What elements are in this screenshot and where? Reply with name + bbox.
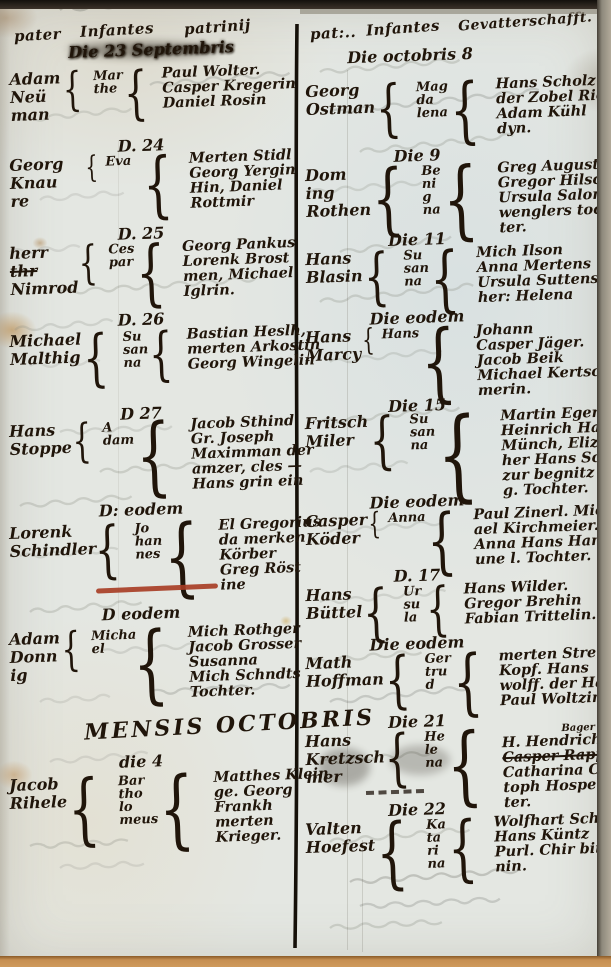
- godparents: Jacob SthindGr. JosephMaximman deramzer,…: [190, 412, 315, 491]
- child-name: Eva: [105, 152, 141, 168]
- godparents: Paul Zinerl. Michael Kirchmeier.Anna Han…: [473, 502, 611, 567]
- register-entry: HansStoppe{Adam{Jacob SthindGr. JosephMa…: [9, 413, 298, 500]
- brace-left: {: [384, 729, 412, 786]
- godparents: Merten StidlGeorg YerginHin, DanielRottm…: [189, 147, 297, 211]
- father-name: HansMarcy: [305, 327, 362, 365]
- book-edge-top: [0, 0, 611, 9]
- brace-right: {: [148, 327, 174, 380]
- child-name: Michael: [91, 627, 132, 656]
- brace-left: {: [67, 774, 102, 845]
- godparents: Greg AugustinGregor HilscherUrsula Salom…: [497, 156, 611, 236]
- godparents: merten StreKopf. Hanswolff. der HaasPaul…: [498, 644, 611, 708]
- right-register-column: pat:.. Infantes Gevatterschafft. Die oct…: [302, 0, 600, 967]
- register-entry: MathHoffman{Gertrud{merten StreKopf. Han…: [305, 645, 597, 720]
- child-name: Marthe: [93, 67, 124, 96]
- brace-left: {: [384, 651, 412, 708]
- father-name: HansStoppe: [9, 421, 72, 459]
- brace-right: {: [135, 240, 167, 306]
- child-name: Ursula: [403, 583, 426, 625]
- brace-left: {: [63, 68, 83, 110]
- child-name: Helena: [424, 728, 446, 770]
- brace-left: {: [94, 521, 122, 578]
- brace-right: {: [429, 246, 461, 312]
- brace-left: {: [72, 420, 92, 462]
- godparents: Mich RothgerJacob GrosserSusannaMich Sch…: [188, 621, 303, 700]
- father-name: JacobRihele: [9, 775, 68, 813]
- register-entry: HansMarcy{Hans{JohannCasper Jäger.Jacob …: [305, 319, 598, 406]
- father-name: FritschMiler: [305, 413, 370, 451]
- register-entry: AdamNeüman{Marthe{Paul Wolter.Casper Kre…: [9, 61, 297, 125]
- father-name: GeorgKnaure: [9, 154, 86, 211]
- date-heading: Die 23 Septembris: [66, 37, 237, 62]
- brace-left: {: [362, 584, 390, 641]
- brace-left: {: [368, 510, 381, 537]
- register-entry: JacobRihele{Bartholomeus{Matthes Kleinge…: [9, 767, 298, 854]
- adjacent-page-edge: [300, 9, 611, 14]
- brace-right: {: [452, 649, 484, 715]
- brace-right: {: [420, 324, 458, 403]
- child-name: Hans: [381, 325, 419, 341]
- godparents: BagerH. Hendrichs PaulCasper RappelCatha…: [501, 721, 611, 810]
- column-header-father: pater: [14, 25, 62, 45]
- brace-left: {: [363, 248, 391, 305]
- child-name: Gertrud: [424, 650, 452, 692]
- column-header-infants: Infantes: [80, 19, 155, 41]
- child-name: Johannes: [134, 520, 163, 562]
- father-name: AdamDonnig: [9, 629, 62, 685]
- date-heading: Die octobris 8: [330, 43, 491, 68]
- child-name: Susanna: [403, 247, 430, 289]
- father-name: AdamNeüman: [9, 69, 63, 125]
- manuscript-page: pater Infantes patrinij Die 23 Septembri…: [0, 0, 611, 967]
- register-entry: herrthrNimrod{Cespar{Georg PankusLorenk …: [9, 235, 297, 310]
- father-name: CasperKöder: [305, 511, 368, 549]
- father-name: HansBlasin: [305, 249, 363, 287]
- godparents: Wolfhart Scholz tüchHans KüntzPurl. Chir…: [493, 809, 611, 875]
- brace-right: {: [447, 815, 479, 881]
- left-register-column: pater Infantes patrinij Die 23 Septembri…: [6, 0, 298, 967]
- brace-left: {: [375, 817, 410, 888]
- brace-left: {: [82, 330, 110, 387]
- brace-left: {: [371, 164, 406, 235]
- father-name: HansBüttel: [305, 585, 362, 623]
- godparents: Mich IlsonAnna MertensUrsula Suttensher:…: [476, 241, 599, 305]
- godparents: Georg PankusLorenk Brostmen, MichaelIglr…: [182, 235, 297, 299]
- godparents: Hans Wilder.Gregor BrehinFabian Tritteli…: [463, 577, 596, 627]
- register-entry: MichaelMalthig{Susanna{Bastian Heslh,mer…: [9, 323, 297, 389]
- father-name: DomingRothen: [305, 165, 372, 221]
- brace-right: {: [132, 625, 170, 704]
- brace-right: {: [158, 771, 196, 850]
- brace-left: {: [375, 80, 403, 137]
- table-edge-bottom: [0, 956, 611, 967]
- brace-right: {: [142, 151, 174, 217]
- father-name: ValtenHoefest: [305, 819, 376, 857]
- godparents: Bastian Heslh,merten ArkostinGeorg Winge…: [186, 322, 321, 372]
- father-name: MichaelMalthig: [9, 331, 82, 369]
- brace-right: {: [134, 417, 172, 496]
- brace-left: {: [369, 412, 397, 469]
- child-name: Katarina: [426, 816, 448, 871]
- father-name: herrthrNimrod: [9, 243, 79, 299]
- brace-left: {: [78, 242, 98, 284]
- child-name: Susanna: [122, 328, 149, 370]
- godparents: JohannCasper Jäger.Jacob BeikMichael Ker…: [475, 318, 611, 398]
- godparents: Paul Wolter.Casper KregerinDaniel Rosin: [161, 61, 296, 111]
- father-name: MathHoffman: [305, 652, 384, 691]
- register-entry: GeorgOstman{Magdalena{Hans Scholz gen.de…: [305, 73, 597, 148]
- child-name: Cespar: [108, 241, 135, 270]
- book-gutter-right: [597, 0, 611, 967]
- brace-right: {: [448, 77, 480, 143]
- register-entry: ValtenHoefest{Katarina{Wolfhart Scholz t…: [305, 811, 597, 891]
- father-name: GeorgOstman: [305, 81, 375, 119]
- brace-right: {: [435, 409, 479, 500]
- brace-right: {: [425, 582, 451, 635]
- brace-right: {: [446, 727, 484, 806]
- register-entry: GeorgKnaure{Eva{Merten StidlGeorg Yergin…: [9, 147, 297, 222]
- brace-right: {: [123, 66, 149, 119]
- father-name: HansKretzschmer: [305, 730, 385, 787]
- godparents: Martin EgerHeinrich HansinMünch, Elizabe…: [500, 403, 611, 498]
- child-name: Benigna: [421, 162, 442, 217]
- column-header-infants: Infantes: [365, 16, 440, 39]
- child-name: Susanna: [409, 411, 436, 453]
- godparents: Hans Scholz gen.der Zobel RichterAdam Kü…: [495, 71, 611, 136]
- child-name: Magdalena: [416, 78, 449, 120]
- register-entry: AdamDonnig{Michael{Mich RothgerJacob Gro…: [9, 621, 298, 708]
- brace-left: {: [85, 154, 98, 181]
- brace-left: {: [361, 327, 374, 354]
- register-entry: HansBlasin{Susanna{Mich IlsonAnna Merten…: [305, 241, 597, 316]
- column-header-godparents: patrinij: [183, 16, 251, 39]
- child-name: Bartholomeus: [118, 772, 159, 827]
- father-name: LorenkSchindler: [9, 522, 94, 561]
- column-header-father: pat:..: [310, 23, 357, 43]
- child-name: Anna: [388, 509, 426, 525]
- brace-left: {: [61, 629, 81, 671]
- child-name: Adam: [102, 419, 134, 448]
